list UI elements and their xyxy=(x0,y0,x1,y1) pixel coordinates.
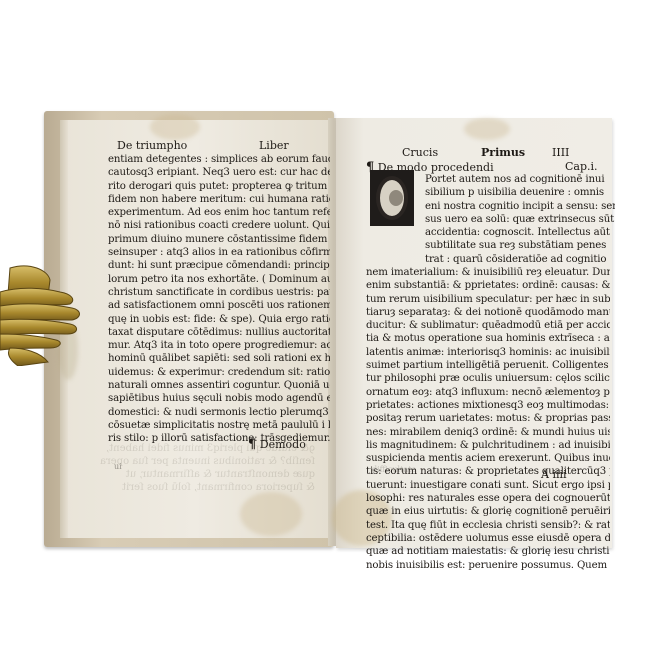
text-line: entiam detegentes : simplices ab eorum f… xyxy=(108,153,330,166)
text-line: nō nisi rationibus coacti credere uolunt… xyxy=(108,219,330,232)
text-line: rito derogari quis putet: propterea ꝙ tr… xyxy=(108,180,330,193)
right-page-text-initial: Portet autem nos ad cognitionē inui sibi… xyxy=(425,173,615,266)
text-line: suimet partium intelligētiā peruenit. Co… xyxy=(366,359,610,372)
text-line: test. Ita quę fiūt in ecclesia christi s… xyxy=(366,519,610,532)
text-line: sibilium p uisibilia deuenire : omnis xyxy=(425,186,615,199)
text-line: accidentia: cognoscit. Intellectus aūt xyxy=(425,226,615,239)
left-page-text: entiam detegentes : simplices ab eorum f… xyxy=(108,153,330,446)
right-running-head-book: Primus xyxy=(481,146,525,159)
text-line: primum diuino munere cōstantissime fidem… xyxy=(108,233,330,246)
show-through-word: difficultate xyxy=(372,465,416,474)
text-line: sapiētibus huius sęculi nobis modo agend… xyxy=(108,392,330,405)
text-line: seinsuper : atq3 alios in ea rationibus … xyxy=(108,246,330,259)
text-line: prietates: actiones mixtionesq3 eoȝ mult… xyxy=(366,399,610,412)
text-line: cautosq3 eripiant. Neq3 uero est: cur ha… xyxy=(108,166,330,179)
text-line: nobis inuisibilis est: peruenire possumu… xyxy=(366,559,610,572)
text-line: latentis animæ: interiorisq3 hominis: ac… xyxy=(366,346,610,359)
text-line: ducitur: & sublimatur: quēadmodū etiā pe… xyxy=(366,319,610,332)
woodcut-initial-o xyxy=(370,170,414,226)
book-photo: ꝯ& eiuſdē qui pleriq3 minus fidei habent… xyxy=(0,0,650,650)
text-line: losophi: res naturales esse opera dei co… xyxy=(366,492,610,505)
text-line: tum rerum uisibilium speculatur: per hæc… xyxy=(366,293,610,306)
stain xyxy=(240,492,302,536)
text-line: ceptibilia: ostēdere uolumus esse eiusdē… xyxy=(366,532,610,545)
text-line: Portet autem nos ad cognitionē inui xyxy=(425,173,615,186)
catchword: ¶ Demodo xyxy=(248,437,306,452)
initial-letter-ring xyxy=(376,176,408,220)
folio-number: IIII xyxy=(552,146,569,159)
text-line: mur. Atq3 ita in toto opere progrediemur… xyxy=(108,339,330,352)
left-running-head-book: Liber xyxy=(259,139,289,152)
text-line: naturali omnes assentiri coguntur. Quoni… xyxy=(108,379,330,392)
stain xyxy=(150,114,200,140)
text-line: tiaruȝ separataȝ: & dei notionē quodāmod… xyxy=(366,306,610,319)
signature-mark: ui xyxy=(114,462,122,471)
text-line: ornatum eoȝ: atq3 influxum: necnō ælemen… xyxy=(366,386,610,399)
text-line: positaȝ rerum uarietates: motus: & propr… xyxy=(366,412,610,425)
right-running-head: Crucis xyxy=(402,146,438,159)
brass-hand-book-holder xyxy=(0,262,84,366)
text-line: lis magnitudinem: & pulchritudinem : ad … xyxy=(366,439,610,452)
text-line: tuerunt: inuestigare conati sunt. Sicut … xyxy=(366,479,610,492)
text-line: ad satisfactionem omni poscēti uos ratio… xyxy=(108,299,330,312)
text-line: quæ ad notitiam maiestatis: & glorię ies… xyxy=(366,545,610,558)
text-line: fidem non habere meritum: cui humana rat… xyxy=(108,193,330,206)
signature-mark: A iiii xyxy=(541,468,567,481)
text-line: tia & motus operatione sua hominis extrī… xyxy=(366,332,610,345)
text-line: quæ in eius uirtutis: & glorię cognition… xyxy=(366,505,610,518)
stain xyxy=(464,118,510,140)
text-line: trat : quarū cōsideratiōe ad cognitio xyxy=(425,253,615,266)
pilcrow-icon: ¶ xyxy=(248,437,256,452)
initial-face-illustration xyxy=(389,190,403,206)
text-line: nem imaterialium: & inuisibiliū reȝ eleu… xyxy=(366,266,610,279)
chapter-label: Cap.i. xyxy=(565,160,598,173)
text-line: subtilitate sua reȝ substātiam penes xyxy=(425,239,615,252)
text-line: enim substantiā: & pprietates: ordinē: c… xyxy=(366,279,610,292)
text-line: quę in uobis est: fide: & spe). Quia erg… xyxy=(108,313,330,326)
text-line: cōsuetæ simplicitatis nostrę metā paulul… xyxy=(108,419,330,432)
text-line: christum sanctificate in cordibus uestri… xyxy=(108,286,330,299)
text-line: experimentum. Ad eos enim hoc tantum ref… xyxy=(108,206,330,219)
text-line: lorum petro ita nos exhortāte. ( Dominum… xyxy=(108,273,330,286)
left-running-head: De triumpho xyxy=(117,139,187,152)
text-line: suspicienda mentis aciem erexerunt. Quib… xyxy=(366,452,610,465)
text-line: taxat disputare cōtēdimus: nullius aucto… xyxy=(108,326,330,339)
text-line: nes: mirabilem deniq3 ordinē: & mundi hu… xyxy=(366,426,610,439)
text-line: tur philosophi præ oculis uniuersum: cęl… xyxy=(366,372,610,385)
text-line: dunt: hi sunt præcipue cōmendandi: princ… xyxy=(108,259,330,272)
text-line: uidemus: & experimur: credendum sit: rat… xyxy=(108,366,330,379)
text-line: sus uero ea solū: quæ extrinsecus sūt: xyxy=(425,213,615,226)
text-line: domestici: & nudi sermonis lectio plerum… xyxy=(108,406,330,419)
text-line: hominū quālibet sapiēti: sed soli ration… xyxy=(108,352,330,365)
right-page-text: nem imaterialium: & inuisibiliū reȝ eleu… xyxy=(366,266,610,572)
text-line: eni nostra cognitio incipit a sensu: sen xyxy=(425,200,615,213)
